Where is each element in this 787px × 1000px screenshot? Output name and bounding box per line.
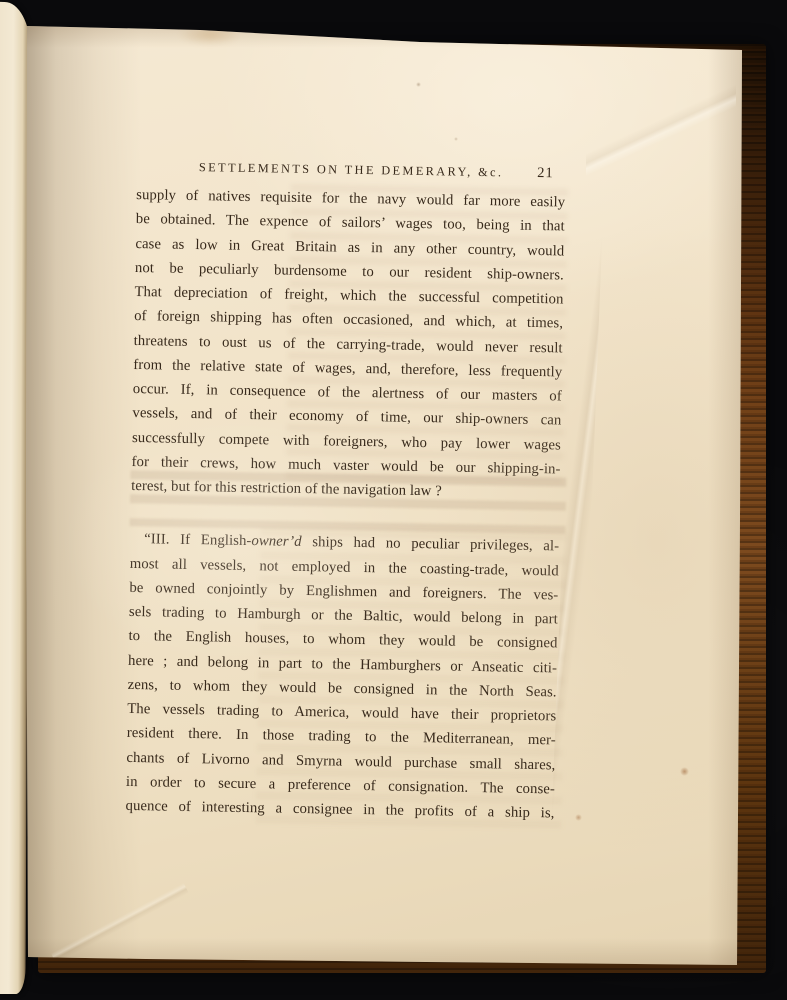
- foxing-spot: [680, 767, 689, 776]
- printed-text-block: SETTLEMENTS ON THE DEMERARY, &c. 21 supp…: [125, 152, 566, 826]
- page-crease: [586, 74, 736, 194]
- book-page: SETTLEMENTS ON THE DEMERARY, &c. 21 supp…: [26, 18, 744, 968]
- photo-background: SETTLEMENTS ON THE DEMERARY, &c. 21 supp…: [0, 0, 787, 1000]
- foxing-spot: [575, 814, 582, 821]
- paragraph-2: “III. If English-owner’d ships had no pe…: [125, 527, 559, 825]
- running-head-row: SETTLEMENTS ON THE DEMERARY, &c. 21: [137, 158, 566, 181]
- paragraph-1: supply of natives requisite for the navy…: [131, 183, 565, 506]
- foxing-spot: [416, 82, 421, 87]
- text-segment: ships had no peculiar privileges, al-: [301, 534, 559, 554]
- foxing-spot: [454, 137, 458, 141]
- page-crease: [30, 844, 207, 998]
- text-segment: “III. If English-: [144, 531, 251, 549]
- italic-text-segment: owner’d: [251, 533, 301, 550]
- running-header-title: SETTLEMENTS ON THE DEMERARY, &c.: [137, 158, 566, 181]
- page-number: 21: [537, 165, 554, 181]
- facing-page-edge: [0, 2, 31, 994]
- paper-stain: [178, 24, 242, 46]
